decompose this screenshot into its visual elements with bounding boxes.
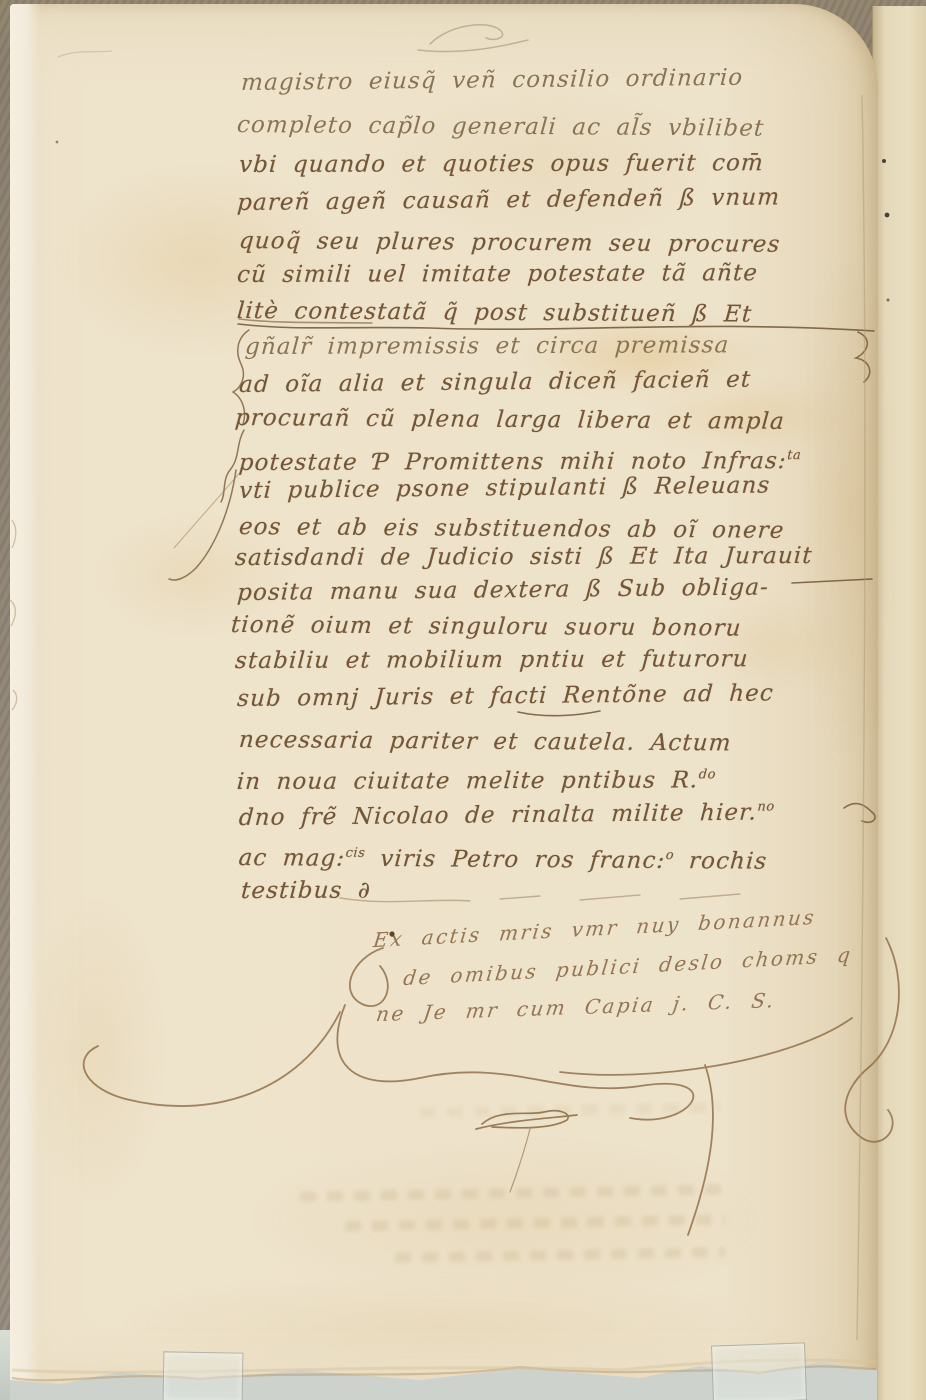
manuscript-line: procurañ cũ plena larga libera et ampla (234, 405, 786, 435)
tape-tab (163, 1351, 244, 1400)
tape-tab (711, 1342, 807, 1400)
manuscript-line: magistro eiusq̃ veñ consilio ordinario (240, 65, 744, 96)
manuscript-line: completo cap̃lo generali ac al̃s vbilibe… (236, 112, 765, 142)
superscript-abbreviation: no (757, 799, 775, 814)
manuscript-line: ac mag:cis viris Petro ros franc:o rochi… (238, 840, 769, 875)
manuscript-line: ad oĩa alia et singula diceñ facieñ et (238, 367, 752, 398)
line-main: viris Petro ros franc: (364, 846, 666, 874)
line-main: in noua ciuitate melite pntibus R. (236, 767, 699, 795)
manuscript-line: potestate Ƥ Promittens mihi noto Infras:… (238, 443, 802, 476)
line-main: potestate Ƥ Promittens mihi noto Infras: (238, 448, 788, 476)
manuscript-line: vti publice psone stipulanti ß Releuans (238, 472, 771, 504)
manuscript-line: testibus ∂ (240, 878, 372, 904)
photograph-of-manuscript: magistro eiusq̃ veñ consilio ordinario c… (0, 0, 926, 1400)
next-page-edge (872, 6, 926, 1400)
manuscript-line: necessaria pariter et cautela. Actum (238, 727, 733, 756)
manuscript-line: in noua ciuitate melite pntibus R.do (236, 762, 717, 795)
line-main: rochis (673, 848, 769, 875)
manuscript-line: satisdandi de Judicio sisti ß Et Ita Jur… (234, 543, 813, 571)
manuscript-line: stabiliu et mobilium pntiu et futuroru (234, 646, 749, 674)
superscript-abbreviation: cis (345, 846, 366, 861)
manuscript-line: dno frẽ Nicolao de rinalta milite hier.n… (238, 794, 775, 831)
manuscript-line: gñalr̃ impremissis et circa premissa (244, 332, 730, 360)
manuscript-line: cũ simili uel imitate potestate tã añte (236, 260, 759, 288)
manuscript-line: posita manu sua dextera ß Sub obliga- (236, 574, 769, 606)
line-main: ac mag: (238, 845, 347, 872)
manuscript-line: litè contestatã q̃ post substitueñ ß Et (236, 298, 753, 328)
superscript-abbreviation: ta (787, 448, 802, 463)
deckle-edge-left (10, 4, 40, 1400)
manuscript-line: eos et ab eis substituendos ab oĩ onere (238, 514, 786, 544)
line-main: dno frẽ Nicolao de rinalta milite hier. (238, 800, 758, 831)
superscript-abbreviation: do (698, 767, 716, 782)
manuscript-line: tionẽ oium et singuloru suoru bonoru (230, 612, 743, 642)
manuscript-line: vbi quando et quoties opus fuerit com̄ (238, 150, 765, 178)
manuscript-line: quoq̃ seu plures procurem seu procures (238, 228, 781, 258)
